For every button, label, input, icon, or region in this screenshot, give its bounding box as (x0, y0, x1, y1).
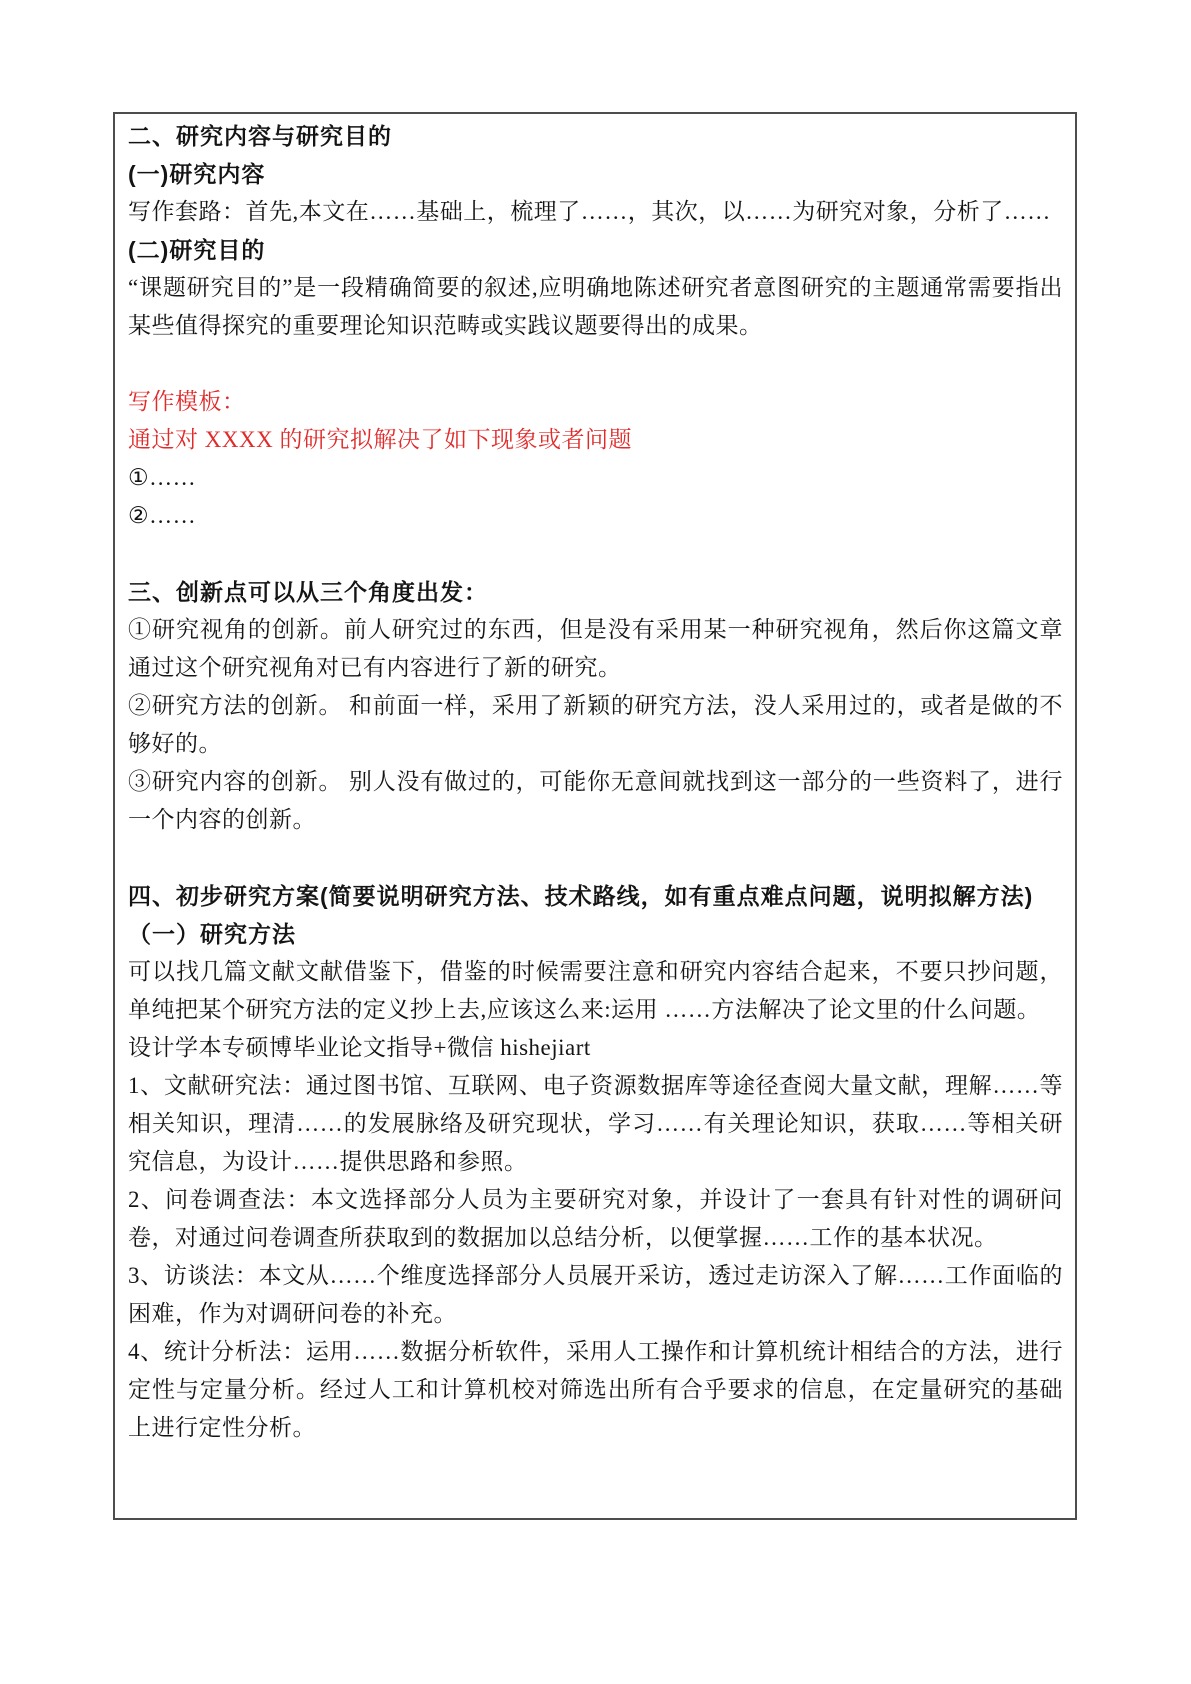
heading-paragraph: 三、创新点可以从三个角度出发： (128, 573, 1063, 611)
blank-line (128, 535, 1063, 573)
heading-paragraph: (二)研究目的 (128, 231, 1063, 269)
body-paragraph: ①研究视角的创新。前人研究过的东西，但是没有采用某一种研究视角，然后你这篇文章通… (128, 611, 1063, 687)
heading-paragraph: (一)研究内容 (128, 155, 1063, 193)
document-table-cell: 二、研究内容与研究目的(一)研究内容写作套路：首先,本文在……基础上，梳理了……… (113, 112, 1077, 1520)
blank-line (128, 839, 1063, 877)
body-paragraph: 设计学本专硕博毕业论文指导+微信 hishejiart (128, 1029, 1063, 1067)
paragraph-list: 二、研究内容与研究目的(一)研究内容写作套路：首先,本文在……基础上，梳理了……… (128, 117, 1063, 1447)
heading-paragraph: 四、初步研究方案(简要说明研究方法、技术路线，如有重点难点问题，说明拟解方法) (128, 877, 1063, 915)
body-paragraph: “课题研究目的”是一段精确简要的叙述,应明确地陈述研究者意图研究的主题通常需要指… (128, 269, 1063, 345)
body-paragraph: 3、访谈法：本文从……个维度选择部分人员展开采访，透过走访深入了解……工作面临的… (128, 1257, 1063, 1333)
body-paragraph: ②研究方法的创新。 和前面一样，采用了新颖的研究方法，没人采用过的，或者是做的不… (128, 687, 1063, 763)
body-paragraph: 4、统计分析法：运用……数据分析软件，采用人工操作和计算机统计相结合的方法，进行… (128, 1333, 1063, 1447)
body-paragraph: 写作套路：首先,本文在……基础上，梳理了……，其次，以……为研究对象，分析了…… (128, 193, 1063, 231)
red-template-paragraph: 通过对 XXXX 的研究拟解决了如下现象或者问题 (128, 421, 1063, 459)
body-paragraph: ③研究内容的创新。 别人没有做过的，可能你无意间就找到这一部分的一些资料了，进行… (128, 763, 1063, 839)
red-template-paragraph: 写作模板： (128, 383, 1063, 421)
heading-paragraph: （一）研究方法 (128, 915, 1063, 953)
blank-line (128, 345, 1063, 383)
heading-paragraph: 二、研究内容与研究目的 (128, 117, 1063, 155)
body-paragraph: 1、文献研究法：通过图书馆、互联网、电子资源数据库等途径查阅大量文献，理解……等… (128, 1067, 1063, 1181)
body-paragraph: ①…… (128, 459, 1063, 497)
body-paragraph: 可以找几篇文献文献借鉴下，借鉴的时候需要注意和研究内容结合起来，不要只抄问题，单… (128, 953, 1063, 1029)
document-page: 二、研究内容与研究目的(一)研究内容写作套路：首先,本文在……基础上，梳理了……… (0, 0, 1191, 1684)
body-paragraph: 2、问卷调查法：本文选择部分人员为主要研究对象，并设计了一套具有针对性的调研问卷… (128, 1181, 1063, 1257)
body-paragraph: ②…… (128, 497, 1063, 535)
